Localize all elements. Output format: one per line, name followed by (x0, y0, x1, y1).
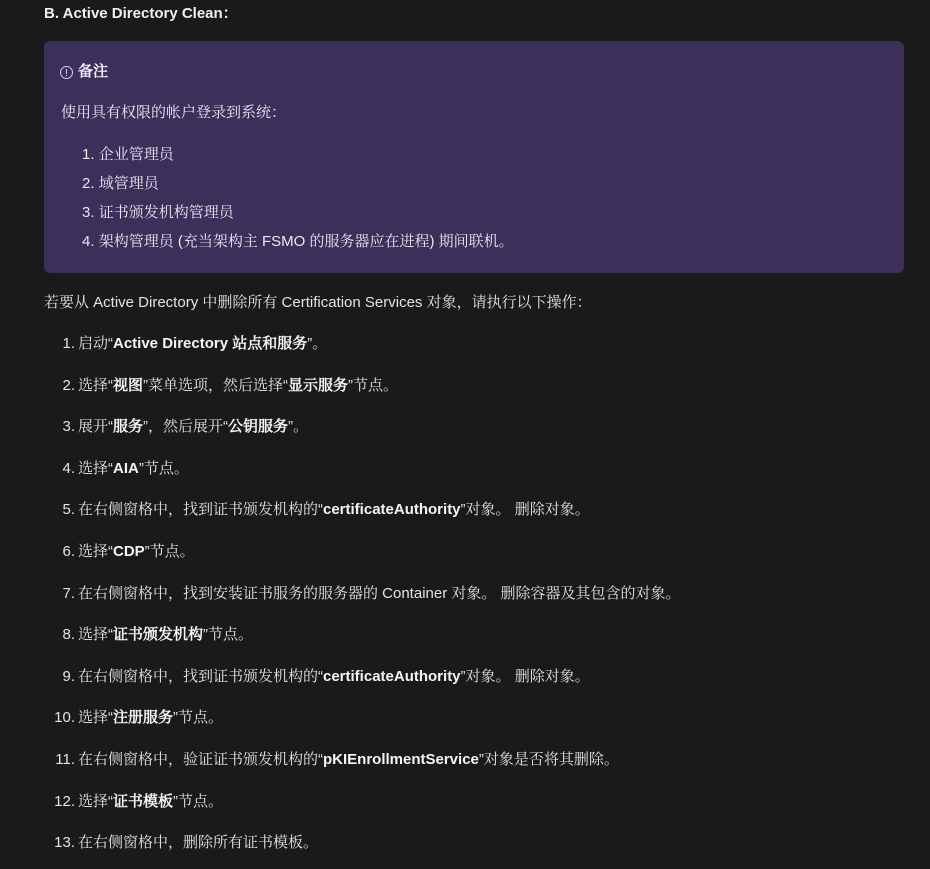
step-item: 13.在右侧窗格中，删除所有证书模板。 (0, 833, 681, 869)
steps-list: 1.启动“Active Directory 站点和服务”。 2.选择“视图”菜单… (0, 334, 681, 869)
step-item: 10.选择“注册服务”节点。 (0, 708, 681, 750)
step-item: 7.在右侧窗格中，找到安装证书服务的服务器的 Container 对象。 删除容… (0, 584, 681, 626)
note-list: 1. 企业管理员 2. 域管理员 3. 证书颁发机构管理员 4. 架构管理员 (… (82, 145, 514, 261)
step-item: 5.在右侧窗格中，找到证书颁发机构的“certificateAuthority”… (0, 500, 681, 542)
step-item: 9.在右侧窗格中，找到证书颁发机构的“certificateAuthority”… (0, 667, 681, 709)
step-item: 11.在右侧窗格中，验证证书颁发机构的“pKIEnrollmentService… (0, 750, 681, 792)
note-list-item: 4. 架构管理员 (充当架构主 FSMO 的服务器应在进程) 期间联机。 (82, 232, 514, 261)
step-item: 4.选择“AIA”节点。 (0, 459, 681, 501)
step-item: 12.选择“证书模板”节点。 (0, 792, 681, 834)
section-heading: B. Active Directory Clean： (44, 4, 238, 24)
step-item: 8.选择“证书颁发机构”节点。 (0, 625, 681, 667)
step-item: 6.选择“CDP”节点。 (0, 542, 681, 584)
note-callout: 备注 使用具有权限的帐户登录到系统： 1. 企业管理员 2. 域管理员 3. 证… (44, 41, 904, 273)
info-circle-icon (60, 66, 73, 79)
note-title: 备注 (60, 62, 108, 82)
step-item: 1.启动“Active Directory 站点和服务”。 (0, 334, 681, 376)
procedure-intro: 若要从 Active Directory 中删除所有 Certification… (44, 293, 592, 313)
note-intro: 使用具有权限的帐户登录到系统： (61, 103, 286, 123)
note-list-item: 2. 域管理员 (82, 174, 514, 203)
step-item: 2.选择“视图”菜单选项，然后选择“显示服务”节点。 (0, 376, 681, 418)
note-list-item: 1. 企业管理员 (82, 145, 514, 174)
step-item: 3.展开“服务”，然后展开“公钥服务”。 (0, 417, 681, 459)
note-list-item: 3. 证书颁发机构管理员 (82, 203, 514, 232)
note-title-label: 备注 (78, 62, 108, 82)
